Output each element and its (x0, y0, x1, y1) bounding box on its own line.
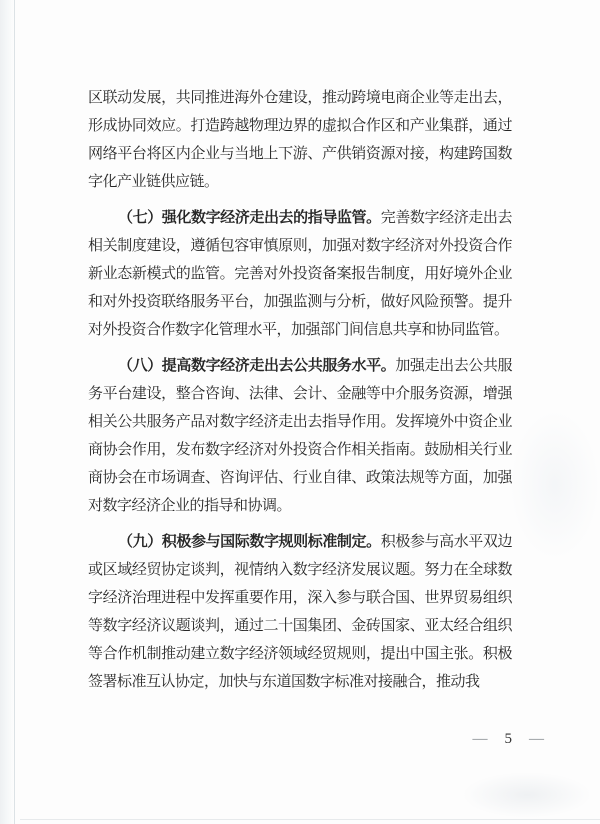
page-number: 5 (505, 729, 513, 749)
paragraph-section-8: （八）提高数字经济走出去公共服务水平。加强走出去公共服务平台建设，整合咨询、法律… (88, 352, 512, 520)
paragraph-section-7: （七）强化数字经济走出去的指导监管。完善数字经济走出去相关制度建设，遵循包容审慎… (88, 204, 512, 344)
page-number-dash-left: — (473, 729, 488, 749)
scan-bottom-edge-line (20, 819, 600, 820)
section-8-heading: （八）提高数字经济走出去公共服务水平。 (118, 358, 395, 374)
document-text-block: 区联动发展，共同推进海外仓建设，推动跨境电商企业等走出去，形成协同效应。打造跨越… (88, 84, 512, 696)
paragraph-continuation: 区联动发展，共同推进海外仓建设，推动跨境电商企业等走出去，形成协同效应。打造跨越… (88, 84, 512, 196)
scan-smudge-right (510, 410, 600, 560)
section-8-text: 加强走出去公共服务平台建设，整合咨询、法律、会计、金融等中介服务资源，增强相关公… (88, 358, 512, 514)
scan-left-edge-shadow (0, 0, 15, 824)
section-9-text: 积极参与高水平双边或区域经贸协定谈判，视情纳入数字经济发展议题。努力在全球数字经… (88, 534, 512, 690)
paragraph-continuation-text: 区联动发展，共同推进海外仓建设，推动跨境电商企业等走出去，形成协同效应。打造跨越… (88, 90, 512, 190)
section-7-text: 完善数字经济走出去相关制度建设，遵循包容审慎原则，加强对数字经济对外投资合作新业… (88, 210, 512, 338)
section-9-heading: （九）积极参与国际数字规则标准制定。 (118, 534, 381, 550)
scan-smudge-bottom-right (462, 772, 592, 818)
page-number-footer: — 5 — (473, 729, 545, 749)
scanned-document-page: { "page": { "background_color": "#fdfdfd… (0, 0, 600, 824)
paragraph-section-9: （九）积极参与国际数字规则标准制定。积极参与高水平双边或区域经贸协定谈判，视情纳… (88, 528, 512, 696)
section-7-heading: （七）强化数字经济走出去的指导监管。 (118, 210, 381, 226)
page-number-dash-right: — (529, 729, 544, 749)
